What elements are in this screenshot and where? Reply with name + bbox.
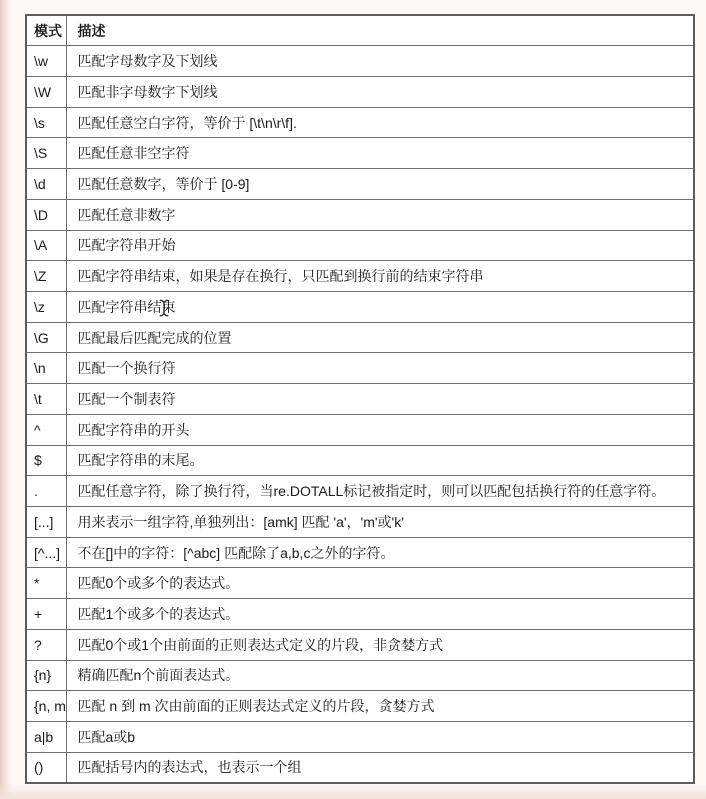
pattern-cell: \t xyxy=(26,384,66,415)
table-row: \w匹配字母数字及下划线 xyxy=(26,46,694,77)
description-cell: 匹配字符串结束 xyxy=(66,291,694,322)
pattern-cell: \z xyxy=(26,291,66,322)
pattern-cell: + xyxy=(26,599,66,630)
description-cell: 匹配 n 到 m 次由前面的正则表达式定义的片段，贪婪方式 xyxy=(66,691,694,722)
description-cell: 匹配任意字符，除了换行符，当re.DOTALL标记被指定时，则可以匹配包括换行符… xyxy=(66,476,694,507)
table-row: {n}精确匹配n个前面表达式。 xyxy=(26,660,694,691)
table-row: ()匹配括号内的表达式，也表示一个组 xyxy=(26,752,694,783)
table-header-row: 模式 描述 xyxy=(26,15,694,46)
description-cell: 匹配括号内的表达式，也表示一个组 xyxy=(66,752,694,783)
description-cell: 匹配一个换行符 xyxy=(66,353,694,384)
table-row: +匹配1个或多个的表达式。 xyxy=(26,599,694,630)
regex-pattern-table: 模式 描述 \w匹配字母数字及下划线\W匹配非字母数字下划线\s匹配任意空白字符… xyxy=(25,14,695,784)
description-cell: 精确匹配n个前面表达式。 xyxy=(66,660,694,691)
pattern-cell: * xyxy=(26,568,66,599)
pattern-cell: \G xyxy=(26,322,66,353)
pattern-cell: \w xyxy=(26,46,66,77)
description-cell: 匹配任意非空字符 xyxy=(66,138,694,169)
table-row: \n匹配一个换行符 xyxy=(26,353,694,384)
pattern-cell: ^ xyxy=(26,414,66,445)
description-cell: 匹配一个制表符 xyxy=(66,384,694,415)
description-cell: 不在[]中的字符：[^abc] 匹配除了a,b,c之外的字符。 xyxy=(66,537,694,568)
table-row: .匹配任意字符，除了换行符，当re.DOTALL标记被指定时，则可以匹配包括换行… xyxy=(26,476,694,507)
screenshot-root: 模式 描述 \w匹配字母数字及下划线\W匹配非字母数字下划线\s匹配任意空白字符… xyxy=(0,0,706,799)
pattern-cell: \A xyxy=(26,230,66,261)
pattern-cell: \S xyxy=(26,138,66,169)
description-cell: 用来表示一组字符,单独列出：[amk] 匹配 'a'，'m'或'k' xyxy=(66,507,694,538)
table-row: \S匹配任意非空字符 xyxy=(26,138,694,169)
description-cell: 匹配任意数字，等价于 [0-9] xyxy=(66,169,694,200)
table-row: *匹配0个或多个的表达式。 xyxy=(26,568,694,599)
table-row: $匹配字符串的末尾。 xyxy=(26,445,694,476)
table-row: [...]用来表示一组字符,单独列出：[amk] 匹配 'a'，'m'或'k' xyxy=(26,507,694,538)
table-row: ^匹配字符串的开头 xyxy=(26,414,694,445)
pattern-cell: \s xyxy=(26,107,66,138)
pattern-cell: \d xyxy=(26,169,66,200)
description-cell: 匹配非字母数字下划线 xyxy=(66,76,694,107)
column-header-description: 描述 xyxy=(66,15,694,46)
description-cell: 匹配1个或多个的表达式。 xyxy=(66,599,694,630)
table-row: [^...]不在[]中的字符：[^abc] 匹配除了a,b,c之外的字符。 xyxy=(26,537,694,568)
pattern-cell: [...] xyxy=(26,507,66,538)
pattern-cell: \Z xyxy=(26,261,66,292)
description-cell: 匹配字符串开始 xyxy=(66,230,694,261)
table-row: \d匹配任意数字，等价于 [0-9] xyxy=(26,169,694,200)
description-cell: 匹配0个或1个由前面的正则表达式定义的片段，非贪婪方式 xyxy=(66,629,694,660)
description-cell: 匹配任意非数字 xyxy=(66,199,694,230)
table-row: \A匹配字符串开始 xyxy=(26,230,694,261)
description-cell: 匹配任意空白字符，等价于 [\t\n\r\f]. xyxy=(66,107,694,138)
table-row: \G匹配最后匹配完成的位置 xyxy=(26,322,694,353)
table-row: \D匹配任意非数字 xyxy=(26,199,694,230)
description-cell: 匹配0个或多个的表达式。 xyxy=(66,568,694,599)
table-row: \Z匹配字符串结束，如果是存在换行，只匹配到换行前的结束字符串 xyxy=(26,261,694,292)
description-cell: 匹配a或b xyxy=(66,722,694,753)
pattern-cell: () xyxy=(26,752,66,783)
description-cell: 匹配字符串的末尾。 xyxy=(66,445,694,476)
pattern-cell: \W xyxy=(26,76,66,107)
table-row: \z匹配字符串结束 xyxy=(26,291,694,322)
pattern-cell: \D xyxy=(26,199,66,230)
table-row: a|b匹配a或b xyxy=(26,722,694,753)
pattern-cell: . xyxy=(26,476,66,507)
description-cell: 匹配字符串的开头 xyxy=(66,414,694,445)
table-row: ?匹配0个或1个由前面的正则表达式定义的片段，非贪婪方式 xyxy=(26,629,694,660)
column-header-pattern: 模式 xyxy=(26,15,66,46)
description-cell: 匹配最后匹配完成的位置 xyxy=(66,322,694,353)
pattern-cell: {n} xyxy=(26,660,66,691)
pattern-cell: {n, m} xyxy=(26,691,66,722)
table-row: \W匹配非字母数字下划线 xyxy=(26,76,694,107)
table-row: \s匹配任意空白字符，等价于 [\t\n\r\f]. xyxy=(26,107,694,138)
table-row: \t匹配一个制表符 xyxy=(26,384,694,415)
pattern-cell: [^...] xyxy=(26,537,66,568)
description-cell: 匹配字符串结束，如果是存在换行，只匹配到换行前的结束字符串 xyxy=(66,261,694,292)
pattern-cell: ? xyxy=(26,629,66,660)
description-cell: 匹配字母数字及下划线 xyxy=(66,46,694,77)
pattern-cell: \n xyxy=(26,353,66,384)
pattern-cell: a|b xyxy=(26,722,66,753)
pattern-cell: $ xyxy=(26,445,66,476)
table-row: {n, m}匹配 n 到 m 次由前面的正则表达式定义的片段，贪婪方式 xyxy=(26,691,694,722)
table-body: \w匹配字母数字及下划线\W匹配非字母数字下划线\s匹配任意空白字符，等价于 [… xyxy=(26,46,694,783)
